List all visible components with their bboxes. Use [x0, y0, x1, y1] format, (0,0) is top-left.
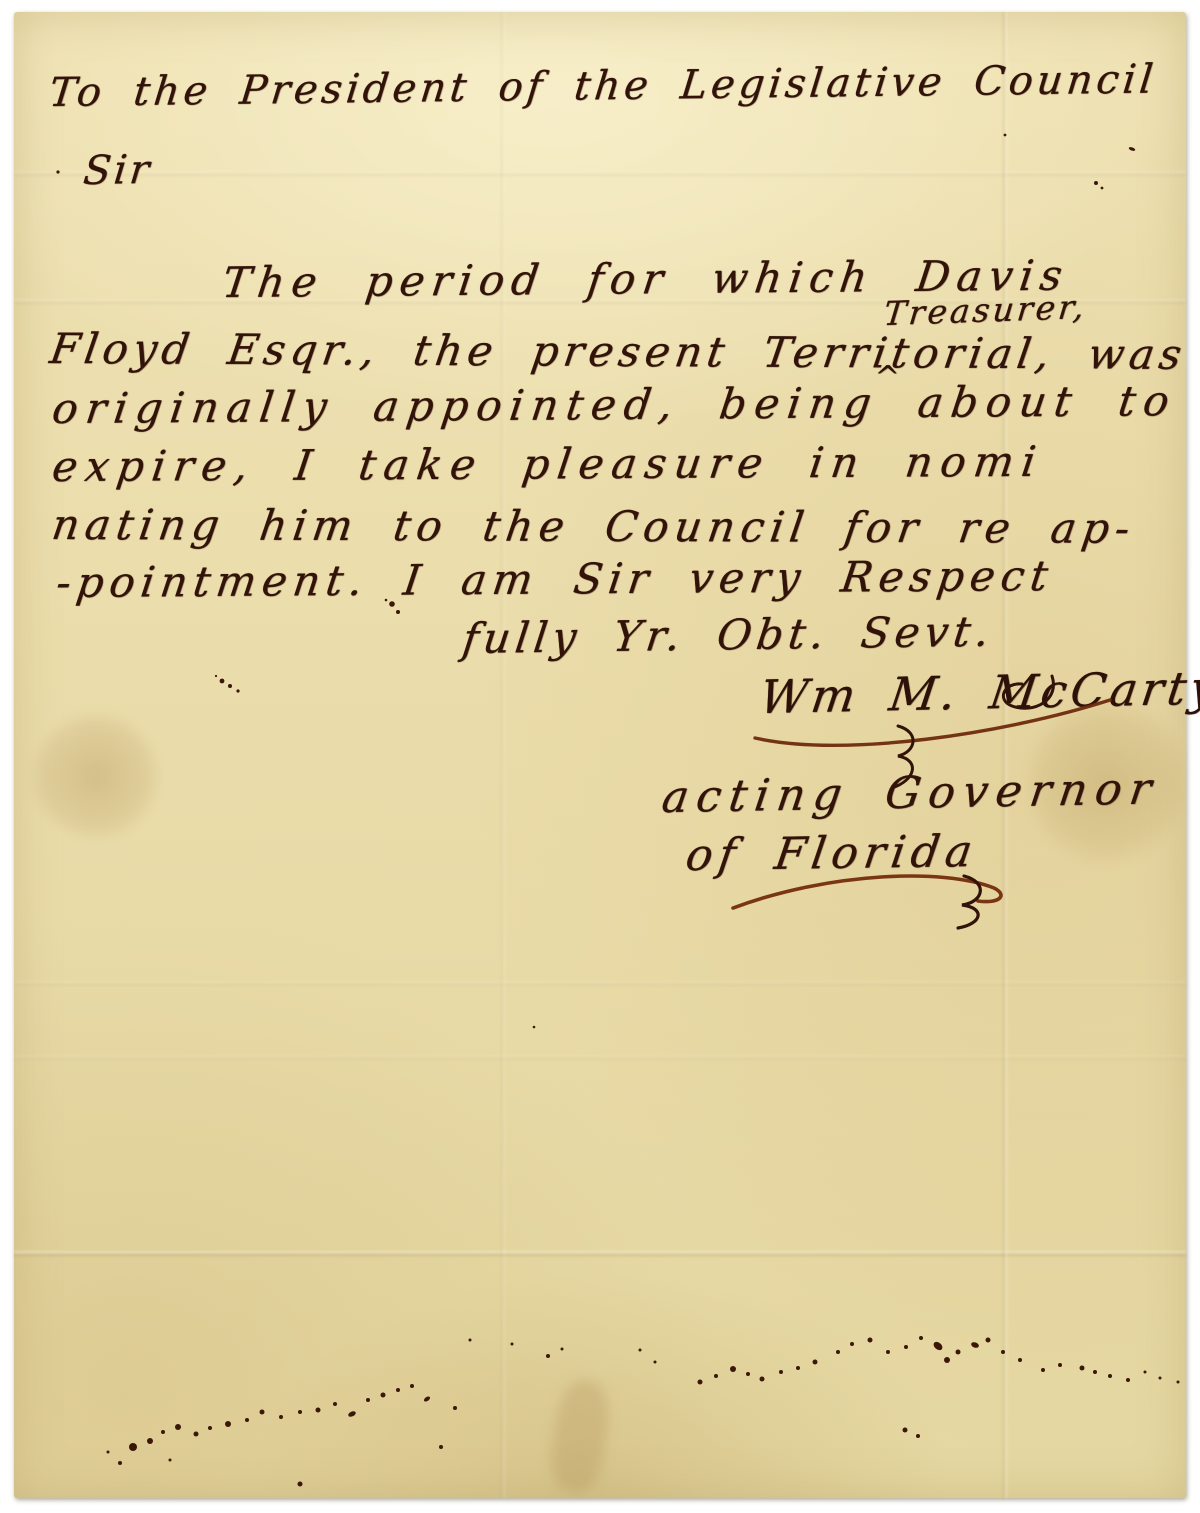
- final-flourish-swash: [733, 876, 1001, 908]
- signature-title-line-1: acting Governor: [659, 763, 1163, 823]
- interlinear-insertion: Treasurer,: [882, 287, 1089, 333]
- signature-title-line-2: of Florida: [683, 826, 982, 881]
- salutation: Sir: [81, 147, 154, 194]
- water-stain-left: [30, 710, 162, 842]
- signature-name: Wm M. McCarty: [757, 660, 1200, 724]
- closing-line: fully Yr. Obt. Sevt.: [460, 607, 997, 664]
- wrinkle-line-lower: [14, 1054, 1186, 1061]
- ink-smudge-bottom: [546, 1377, 613, 1495]
- fold-crease-vertical-right: [1002, 12, 1008, 1498]
- letter-page: To the President of the Legislative Coun…: [14, 12, 1186, 1498]
- fold-crease-vertical-left: [500, 12, 506, 1498]
- wrinkle-line-middle: [14, 980, 1186, 987]
- fold-crease-horizontal-faint-top: [14, 170, 1186, 177]
- address-line: To the President of the Legislative Coun…: [47, 56, 1159, 116]
- fold-crease-horizontal-main: [14, 1250, 1186, 1257]
- body-line-5: nating him to the Council for re ap-: [49, 500, 1139, 553]
- body-line-2: Floyd Esqr., the present Territorial, wa…: [47, 324, 1190, 379]
- body-line-6: -pointment. I am Sir very Respect: [53, 551, 1056, 607]
- ink-flourishes-and-blots: [14, 12, 1186, 1498]
- body-line-3: originally appointed, being about to: [49, 376, 1180, 433]
- body-line-4: expire, I take pleasure in nomi: [49, 437, 1046, 491]
- final-flourish-tail: [958, 876, 980, 928]
